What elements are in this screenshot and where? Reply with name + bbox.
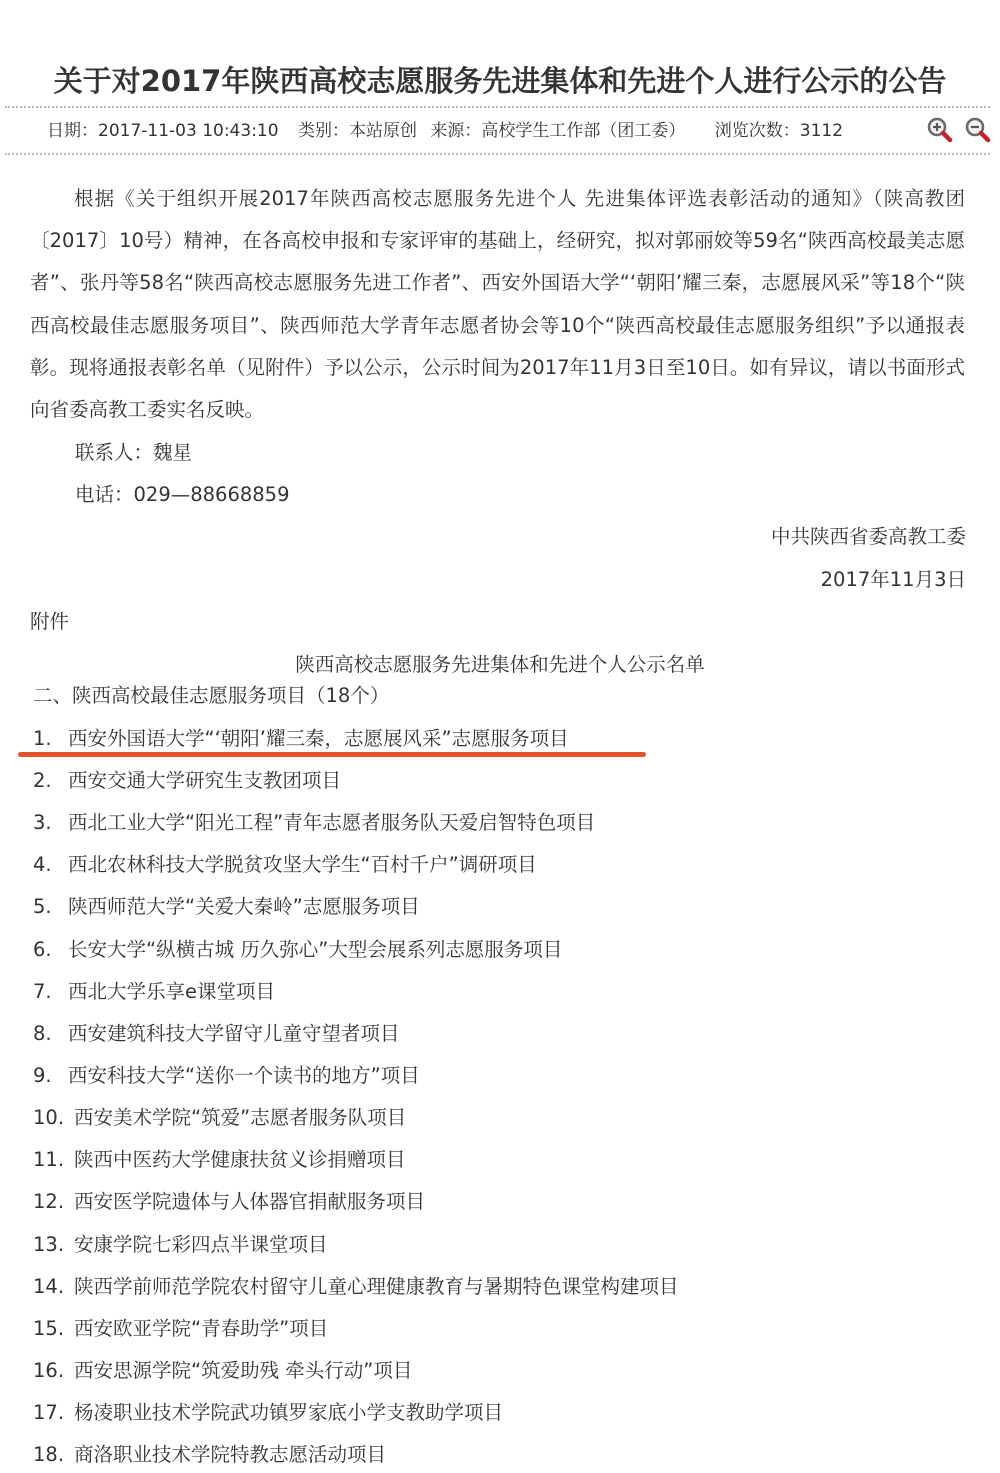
meta-source: 来源：高校学生工作部（团工委） — [430, 121, 685, 141]
zoom-out-icon[interactable] — [964, 116, 992, 144]
list-item: 1.西安外国语大学“‘朝阳’耀三秦，志愿展风采”志愿服务项目 — [33, 724, 569, 754]
contact-phone: 电话：029—88668859 — [75, 480, 289, 510]
list-item: 11.陕西中医药大学健康扶贫义诊捐赠项目 — [33, 1145, 406, 1175]
list-item: 15.西安欧亚学院“青春助学”项目 — [33, 1314, 328, 1344]
meta-date: 日期：2017-11-03 10:43:10 — [47, 121, 279, 141]
list-item: 13.安康学院七彩四点半课堂项目 — [33, 1230, 328, 1260]
list-item: 12.西安医学院遗体与人体器官捐献服务项目 — [33, 1187, 425, 1217]
list-item: 4.西北农林科技大学脱贫攻坚大学生“百村千户”调研项目 — [33, 850, 537, 880]
meta-category: 类别：本站原创 — [298, 121, 417, 141]
divider-bottom — [5, 153, 990, 155]
contact-person: 联系人：魏星 — [75, 438, 192, 468]
list-item: 6.长安大学“纵横古城 历久弥心”大型会展系列志愿服务项目 — [33, 935, 562, 965]
signature-date: 2017年11月3日 — [821, 565, 966, 595]
list-item: 18.商洛职业技术学院特教志愿活动项目 — [33, 1440, 386, 1470]
article-title: 关于对2017年陕西高校志愿服务先进集体和先进个人进行公示的公告 — [0, 59, 1000, 103]
highlight-underline — [18, 752, 646, 757]
font-zoom-controls — [926, 116, 992, 144]
attachment-label: 附件 — [30, 607, 69, 637]
divider-top — [5, 106, 990, 108]
list-item: 8.西安建筑科技大学留守儿童守望者项目 — [33, 1019, 400, 1049]
list-item: 14.陕西学前师范学院农村留守儿童心理健康教育与暑期特色课堂构建项目 — [33, 1272, 679, 1302]
list-item: 5.陕西师范大学“关爱大秦岭”志愿服务项目 — [33, 892, 420, 922]
list-item: 17.杨凌职业技术学院武功镇罗家底小学支教助学项目 — [33, 1398, 503, 1428]
list-item: 2.西安交通大学研究生支教团项目 — [33, 766, 341, 796]
meta-views: 浏览次数：3112 — [715, 121, 843, 141]
list-item: 9.西安科技大学“送你一个读书的地方”项目 — [33, 1061, 420, 1091]
section-heading: 二、陕西高校最佳志愿服务项目（18个） — [33, 681, 389, 711]
list-item: 3.西北工业大学“阳光工程”青年志愿者服务队天爱启智特色项目 — [33, 808, 595, 838]
list-item: 10.西安美术学院“筑爱”志愿者服务队项目 — [33, 1103, 406, 1133]
list-item: 7.西北大学乐享e课堂项目 — [33, 977, 275, 1007]
article-body: 根据《关于组织开展2017年陕西高校志愿服务先进个人 先进集体评选表彰活动的通知… — [30, 178, 965, 431]
body-paragraph: 根据《关于组织开展2017年陕西高校志愿服务先进个人 先进集体评选表彰活动的通知… — [30, 178, 965, 431]
article-meta: 日期：2017-11-03 10:43:10 类别：本站原创 来源：高校学生工作… — [47, 116, 857, 146]
signature-org: 中共陕西省委高教工委 — [771, 522, 966, 552]
zoom-in-icon[interactable] — [926, 116, 954, 144]
list-title: 陕西高校志愿服务先进集体和先进个人公示名单 — [0, 650, 1000, 680]
list-item: 16.西安思源学院“筑爱助残 牵头行动”项目 — [33, 1356, 412, 1386]
